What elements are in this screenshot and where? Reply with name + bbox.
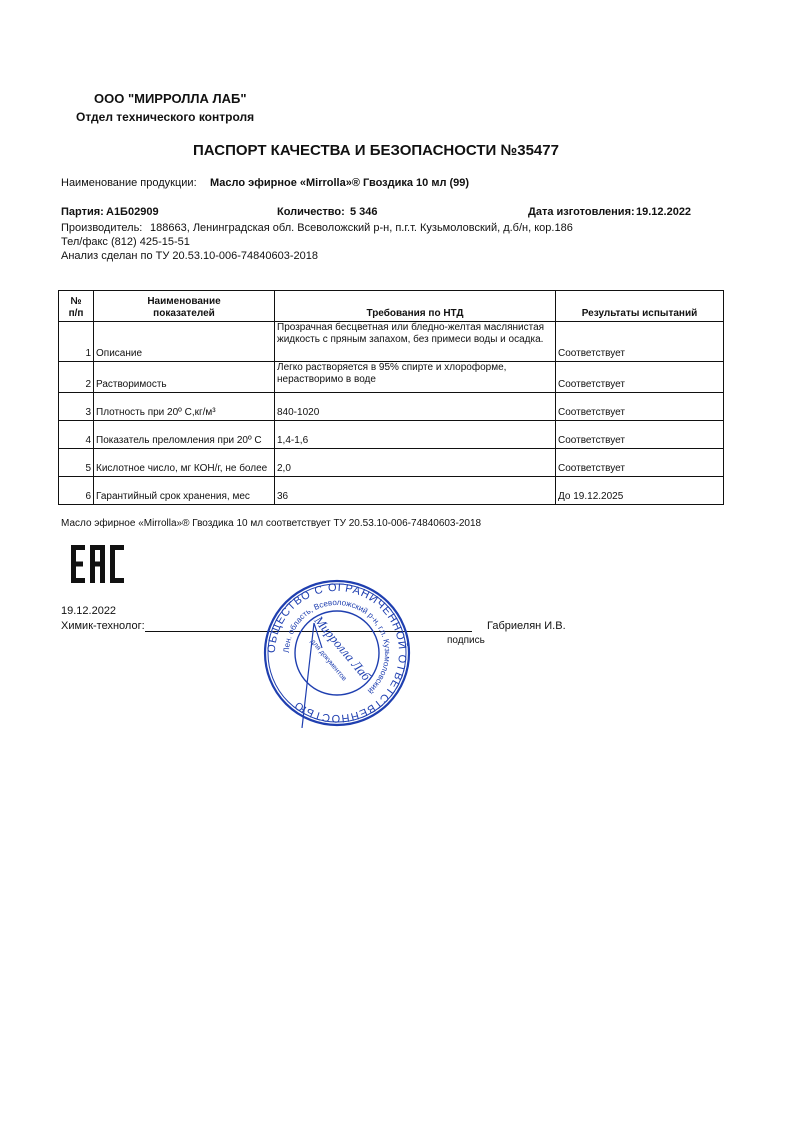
- row-name: Описание: [94, 322, 275, 362]
- header-requirements: Требования по НТД: [275, 291, 556, 322]
- conformity-statement: Масло эфирное «Mirrolla»® Гвоздика 10 мл…: [61, 518, 481, 529]
- row-result: До 19.12.2025: [556, 477, 724, 505]
- table-row: 2 Растворимость Легко растворяется в 95%…: [59, 362, 724, 393]
- document-title: ПАСПОРТ КАЧЕСТВА И БЕЗОПАСНОСТИ №35477: [193, 142, 559, 159]
- row-name: Кислотное число, мг КОН/г, не более: [94, 449, 275, 477]
- row-result: Соответствует: [556, 421, 724, 449]
- table-row: 4 Показатель преломления при 20º С 1,4-1…: [59, 421, 724, 449]
- table-row: 6 Гарантийный срок хранения, мес 36 До 1…: [59, 477, 724, 505]
- quality-table: №п/п Наименованиепоказателей Требования …: [58, 290, 724, 505]
- quantity-label: Количество:: [277, 206, 345, 218]
- row-result: Соответствует: [556, 393, 724, 421]
- signature-caption: подпись: [447, 635, 485, 646]
- quantity-value: 5 346: [350, 206, 378, 218]
- header-num: №п/п: [59, 291, 94, 322]
- row-result: Соответствует: [556, 362, 724, 393]
- row-num: 5: [59, 449, 94, 477]
- row-requirement: 2,0: [275, 449, 556, 477]
- row-num: 3: [59, 393, 94, 421]
- sign-date: 19.12.2022: [61, 605, 116, 617]
- company-stamp: ОБЩЕСТВО С ОГРАНИЧЕННОЙ ОТВЕТСТВЕННОСТЬЮ…: [262, 578, 412, 728]
- manufacture-date-value: 19.12.2022: [636, 206, 691, 218]
- row-requirement: Легко растворяется в 95% спирте и хлороф…: [275, 362, 556, 393]
- row-result: Соответствует: [556, 322, 724, 362]
- row-name: Гарантийный срок хранения, мес: [94, 477, 275, 505]
- row-result: Соответствует: [556, 449, 724, 477]
- batch-value: А1Б02909: [106, 206, 159, 218]
- row-name: Показатель преломления при 20º С: [94, 421, 275, 449]
- signer-role: Химик-технолог:: [61, 620, 145, 632]
- department-name: Отдел технического контроля: [76, 110, 254, 124]
- row-name: Плотность при 20º С,кг/м³: [94, 393, 275, 421]
- table-header-row: №п/п Наименованиепоказателей Требования …: [59, 291, 724, 322]
- row-num: 4: [59, 421, 94, 449]
- manufacturer-label: Производитель:: [61, 222, 142, 234]
- row-num: 1: [59, 322, 94, 362]
- manufacture-date-label: Дата изготовления:: [528, 206, 635, 218]
- row-requirement: Прозрачная бесцветная или бледно-желтая …: [275, 322, 556, 362]
- row-num: 6: [59, 477, 94, 505]
- row-requirement: 1,4-1,6: [275, 421, 556, 449]
- phone: Тел/факс (812) 425-15-51: [61, 236, 190, 248]
- product-label: Наименование продукции:: [61, 177, 197, 189]
- product-value: Масло эфирное «Mirrolla»® Гвоздика 10 мл…: [210, 177, 469, 189]
- batch-label: Партия:: [61, 206, 104, 218]
- header-results: Результаты испытаний: [556, 291, 724, 322]
- row-requirement: 36: [275, 477, 556, 505]
- manufacturer-address: 188663, Ленинградская обл. Всеволожский …: [150, 222, 573, 234]
- row-num: 2: [59, 362, 94, 393]
- table-row: 1 Описание Прозрачная бесцветная или бле…: [59, 322, 724, 362]
- company-name: ООО "МИРРОЛЛА ЛАБ": [94, 91, 247, 106]
- table-row: 5 Кислотное число, мг КОН/г, не более 2,…: [59, 449, 724, 477]
- row-requirement: 840-1020: [275, 393, 556, 421]
- analysis-standard: Анализ сделан по ТУ 20.53.10-006-7484060…: [61, 250, 318, 262]
- eac-mark-icon: [71, 545, 125, 588]
- row-name: Растворимость: [94, 362, 275, 393]
- signer-name: Габриелян И.В.: [487, 620, 566, 632]
- header-name: Наименованиепоказателей: [94, 291, 275, 322]
- table-row: 3 Плотность при 20º С,кг/м³ 840-1020 Соо…: [59, 393, 724, 421]
